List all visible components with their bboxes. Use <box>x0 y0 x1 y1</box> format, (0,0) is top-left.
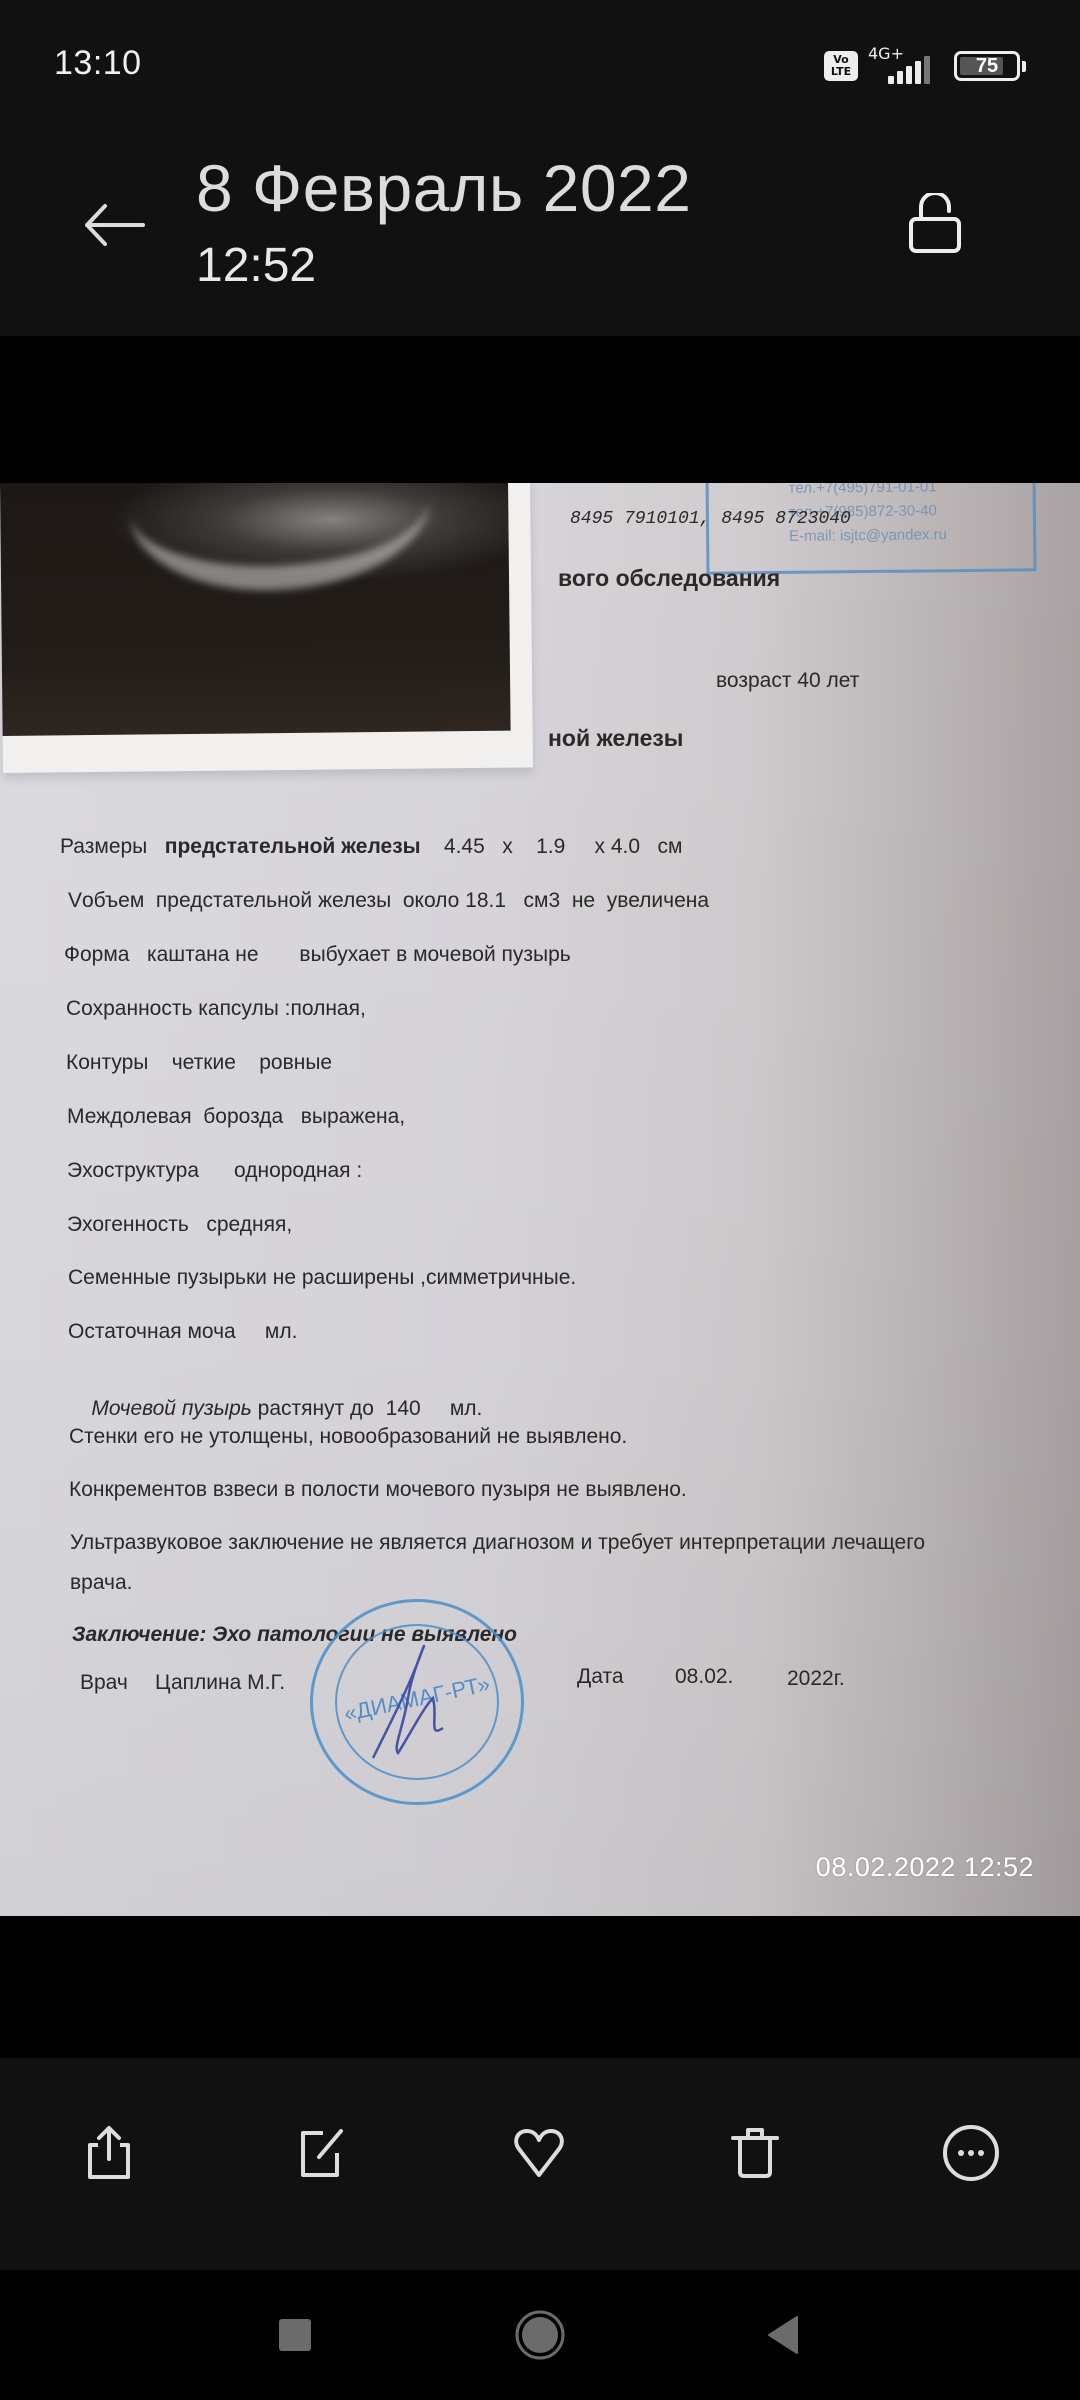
share-icon <box>84 2125 134 2181</box>
edit-icon <box>297 2127 347 2179</box>
doc-line-seminal: Семенные пузырьки не расширены ,симметри… <box>68 1266 576 1290</box>
more-icon <box>942 2124 1000 2182</box>
home-icon <box>514 2309 566 2361</box>
doc-line-concrements: Конкрементов взвеси в полости мочевого п… <box>69 1478 687 1502</box>
signature <box>353 1638 473 1768</box>
status-bar: 13:10 Vo LTE 4G+ 75 <box>0 0 1080 120</box>
battery-percent: 75 <box>957 54 1017 78</box>
more-button[interactable] <box>926 2108 1016 2198</box>
doc-line-disclaimer-cont: врача. <box>70 1571 133 1595</box>
recents-icon <box>277 2317 313 2353</box>
date-year: 2022г. <box>787 1667 845 1691</box>
home-button[interactable] <box>500 2300 580 2370</box>
photo-timestamp-overlay: 08.02.2022 12:52 <box>816 1852 1034 1883</box>
bottom-toolbar <box>0 2058 1080 2270</box>
doc-line-shape: Форма каштана не выбухает в мочевой пузы… <box>64 943 571 967</box>
unlock-icon <box>907 193 963 255</box>
doc-line-contours: Контуры четкие ровные <box>66 1051 332 1075</box>
lock-button[interactable] <box>900 182 970 266</box>
battery-icon: 75 <box>954 51 1020 81</box>
patient-age: возраст 40 лет <box>716 669 859 693</box>
doc-line-capsule: Сохранность капсулы :полная, <box>66 997 366 1021</box>
share-button[interactable] <box>64 2108 154 2198</box>
viewer-header: 8 Февраль 2022 12:52 <box>0 120 1080 336</box>
back-button[interactable] <box>80 190 150 260</box>
clinic-phones: 8495 7910101, 8495 8723040 <box>570 509 851 529</box>
back-triangle-icon <box>765 2315 801 2355</box>
doc-line-size: Размеры предстательной железы 4.45 х 1.9… <box>60 835 682 859</box>
doc-line-walls: Стенки его не утолщены, новообразований … <box>69 1425 627 1449</box>
ultrasound-print <box>0 483 533 773</box>
ultrasound-image <box>0 483 511 736</box>
back-nav-button[interactable] <box>743 2300 823 2370</box>
photo-date-title: 8 Февраль 2022 <box>196 150 691 226</box>
delete-button[interactable] <box>710 2108 800 2198</box>
status-icons: Vo LTE 4G+ 75 <box>824 46 1020 86</box>
system-nav-bar <box>0 2270 1080 2400</box>
doc-line-groove: Междолевая борозда выражена, <box>67 1105 405 1129</box>
favorite-button[interactable] <box>494 2108 584 2198</box>
edit-button[interactable] <box>277 2108 367 2198</box>
doc-line-echostructure: Эхоструктура однородная : <box>67 1159 362 1183</box>
date-label: Дата <box>577 1665 624 1689</box>
photo-viewer[interactable]: тел.+7(495)791-01-01 тел.+7(985)872-30-4… <box>0 483 1080 1916</box>
doc-line-residual-urine: Остаточная моча мл. <box>68 1320 297 1344</box>
signal-icon: 4G+ <box>868 48 938 84</box>
heart-icon <box>511 2127 567 2179</box>
date-day-month: 08.02. <box>675 1665 733 1689</box>
recents-button[interactable] <box>255 2300 335 2370</box>
arrow-left-icon <box>85 203 145 247</box>
photo-time-subtitle: 12:52 <box>196 238 316 293</box>
doc-line-echogenicity: Эхогенность средняя, <box>67 1213 292 1237</box>
volte-icon: Vo LTE <box>824 51 858 81</box>
round-stamp: «ДИАМАГ-РТ» <box>310 1599 524 1805</box>
doc-line-disclaimer: Ультразвуковое заключение не является ди… <box>70 1531 925 1555</box>
doctor-label: Врач <box>80 1671 128 1695</box>
doctor-name: Цаплина М.Г. <box>155 1671 285 1695</box>
doc-line-volume: Vобъем предстательной железы около 18.1 … <box>68 889 709 913</box>
doc-heading: вого обследования <box>558 565 780 592</box>
trash-icon <box>730 2126 780 2180</box>
doc-organ-title: ной железы <box>548 725 683 752</box>
status-time: 13:10 <box>54 44 142 83</box>
